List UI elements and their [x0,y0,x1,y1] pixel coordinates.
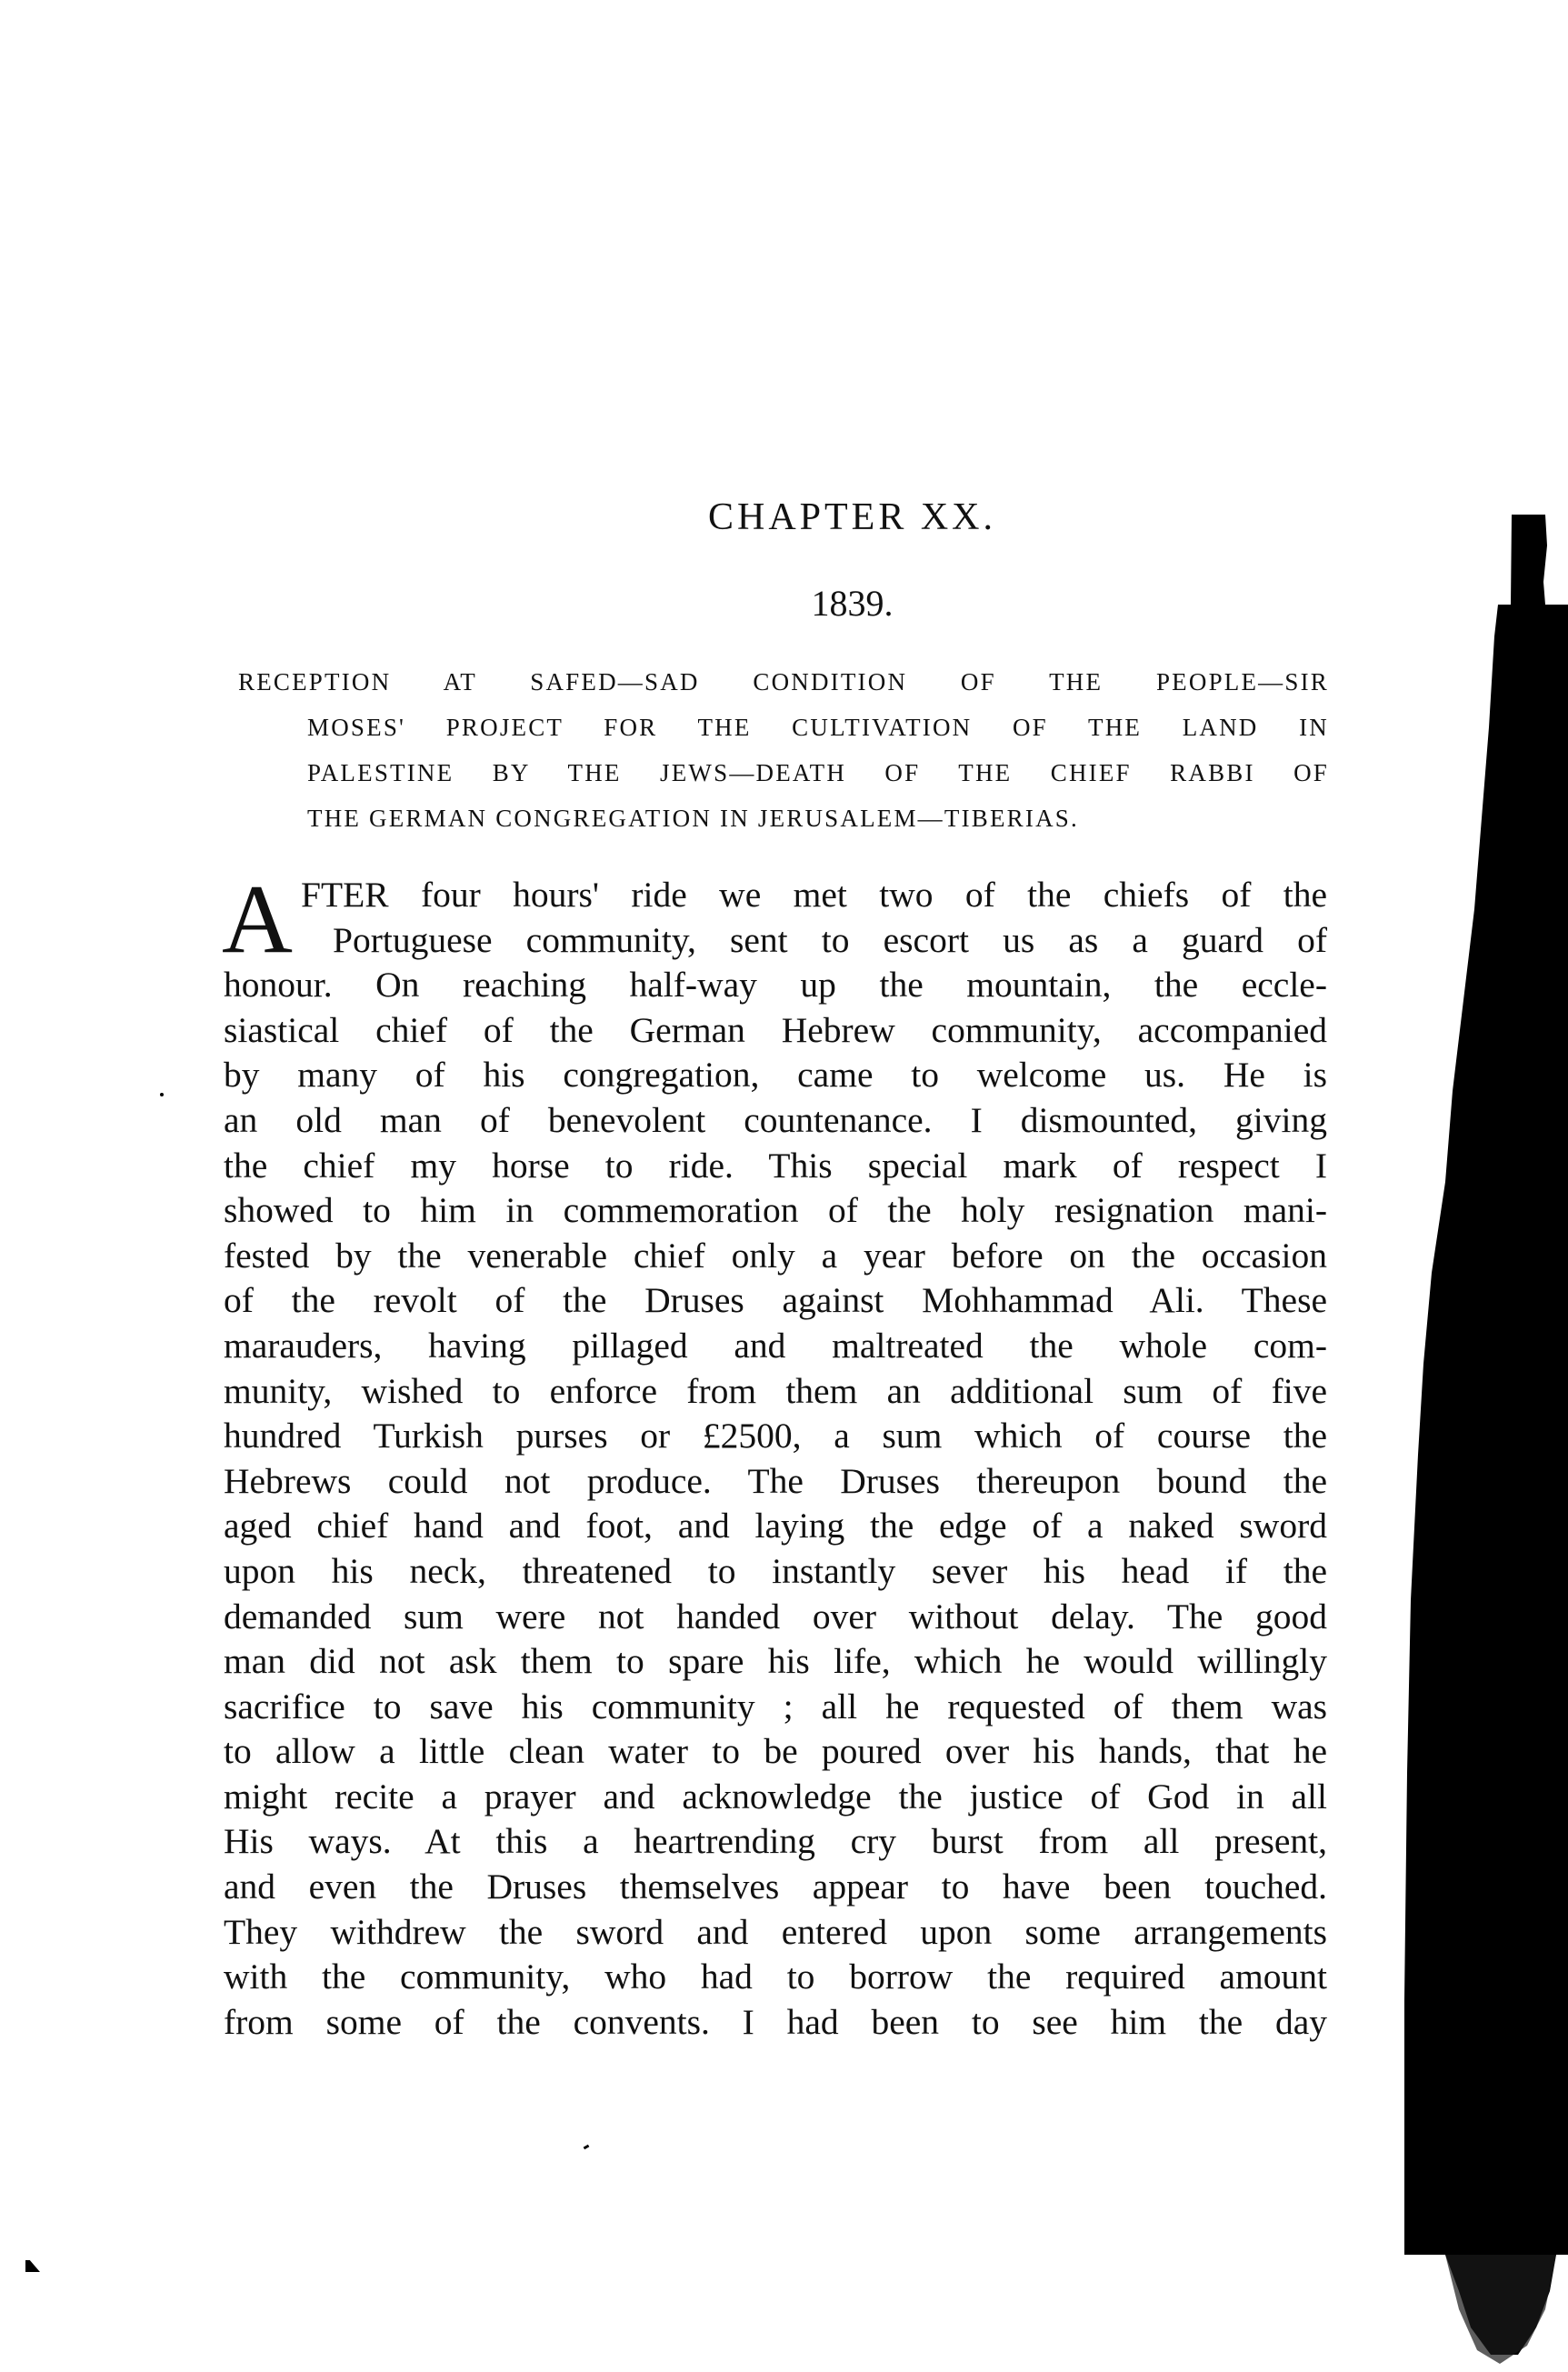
scan-artifact-dot [160,1093,164,1096]
scan-edge-shadow [0,0,1568,2372]
book-page: CHAPTER XX. 1839. RECEPTION AT SAFED—SAD… [0,0,1568,2372]
